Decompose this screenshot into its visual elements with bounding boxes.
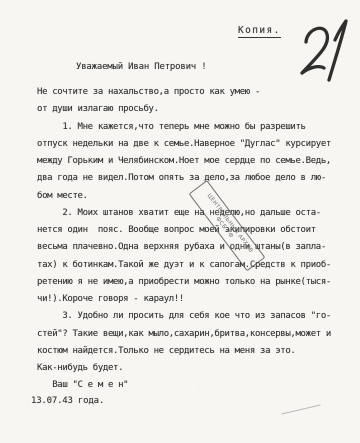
letter-line: Не сочтите за нахальство,а просто как ум… <box>37 84 347 101</box>
letter-line: Как-нибудь будет. <box>37 360 347 377</box>
letter-line: 2. Моих штанов хватит еще на неделю,но д… <box>37 205 347 222</box>
letter-line: Ваш "С е м е н" <box>37 377 347 394</box>
letter-line: ретению я не имею,а приобрести можно тол… <box>37 274 347 291</box>
letter-line: между Горьким и Челябинском.Ноет мое сер… <box>37 153 347 170</box>
letter-line: стей"? Такие вещи,как мыло,сахарин,бритв… <box>37 326 347 343</box>
letter-greeting: Уважаемый Иван Петрович ! <box>76 62 206 72</box>
copy-label: Копия. <box>238 25 281 38</box>
letter-line: два года не видел.Потом опять за дело,за… <box>37 170 347 187</box>
letter-line: тах) к ботинкам.Такой же дуэт и к сапога… <box>37 257 347 274</box>
date-line: 13.07.43 года. <box>31 396 104 406</box>
letter-line: костюм найдется.Только не сердитесь на м… <box>37 343 347 360</box>
letter-line: весьма плачевно.Одна верхняя рубаха и од… <box>37 239 347 256</box>
letter-line: от души излагаю просьбу. <box>37 101 347 118</box>
letter-body: Не сочтите за нахальство,а просто как ум… <box>37 84 347 395</box>
document-page: Копия. Уважаемый Иван Петрович ! Не сочт… <box>0 0 360 443</box>
letter-line: нется один пояс. Вообще вопрос моей экип… <box>37 222 347 239</box>
handwritten-number-21 <box>293 14 353 84</box>
letter-line: 3. Удобно ли просить для себя кое что из… <box>37 308 347 325</box>
letter-line: отпуск недельки на две к семье.Наверное … <box>37 136 347 153</box>
letter-line: чи!).Короче говоря - караул!! <box>37 291 347 308</box>
pencil-mark <box>281 405 320 415</box>
letter-line: 1. Мне кажется,что теперь мне можно бы р… <box>37 119 347 136</box>
